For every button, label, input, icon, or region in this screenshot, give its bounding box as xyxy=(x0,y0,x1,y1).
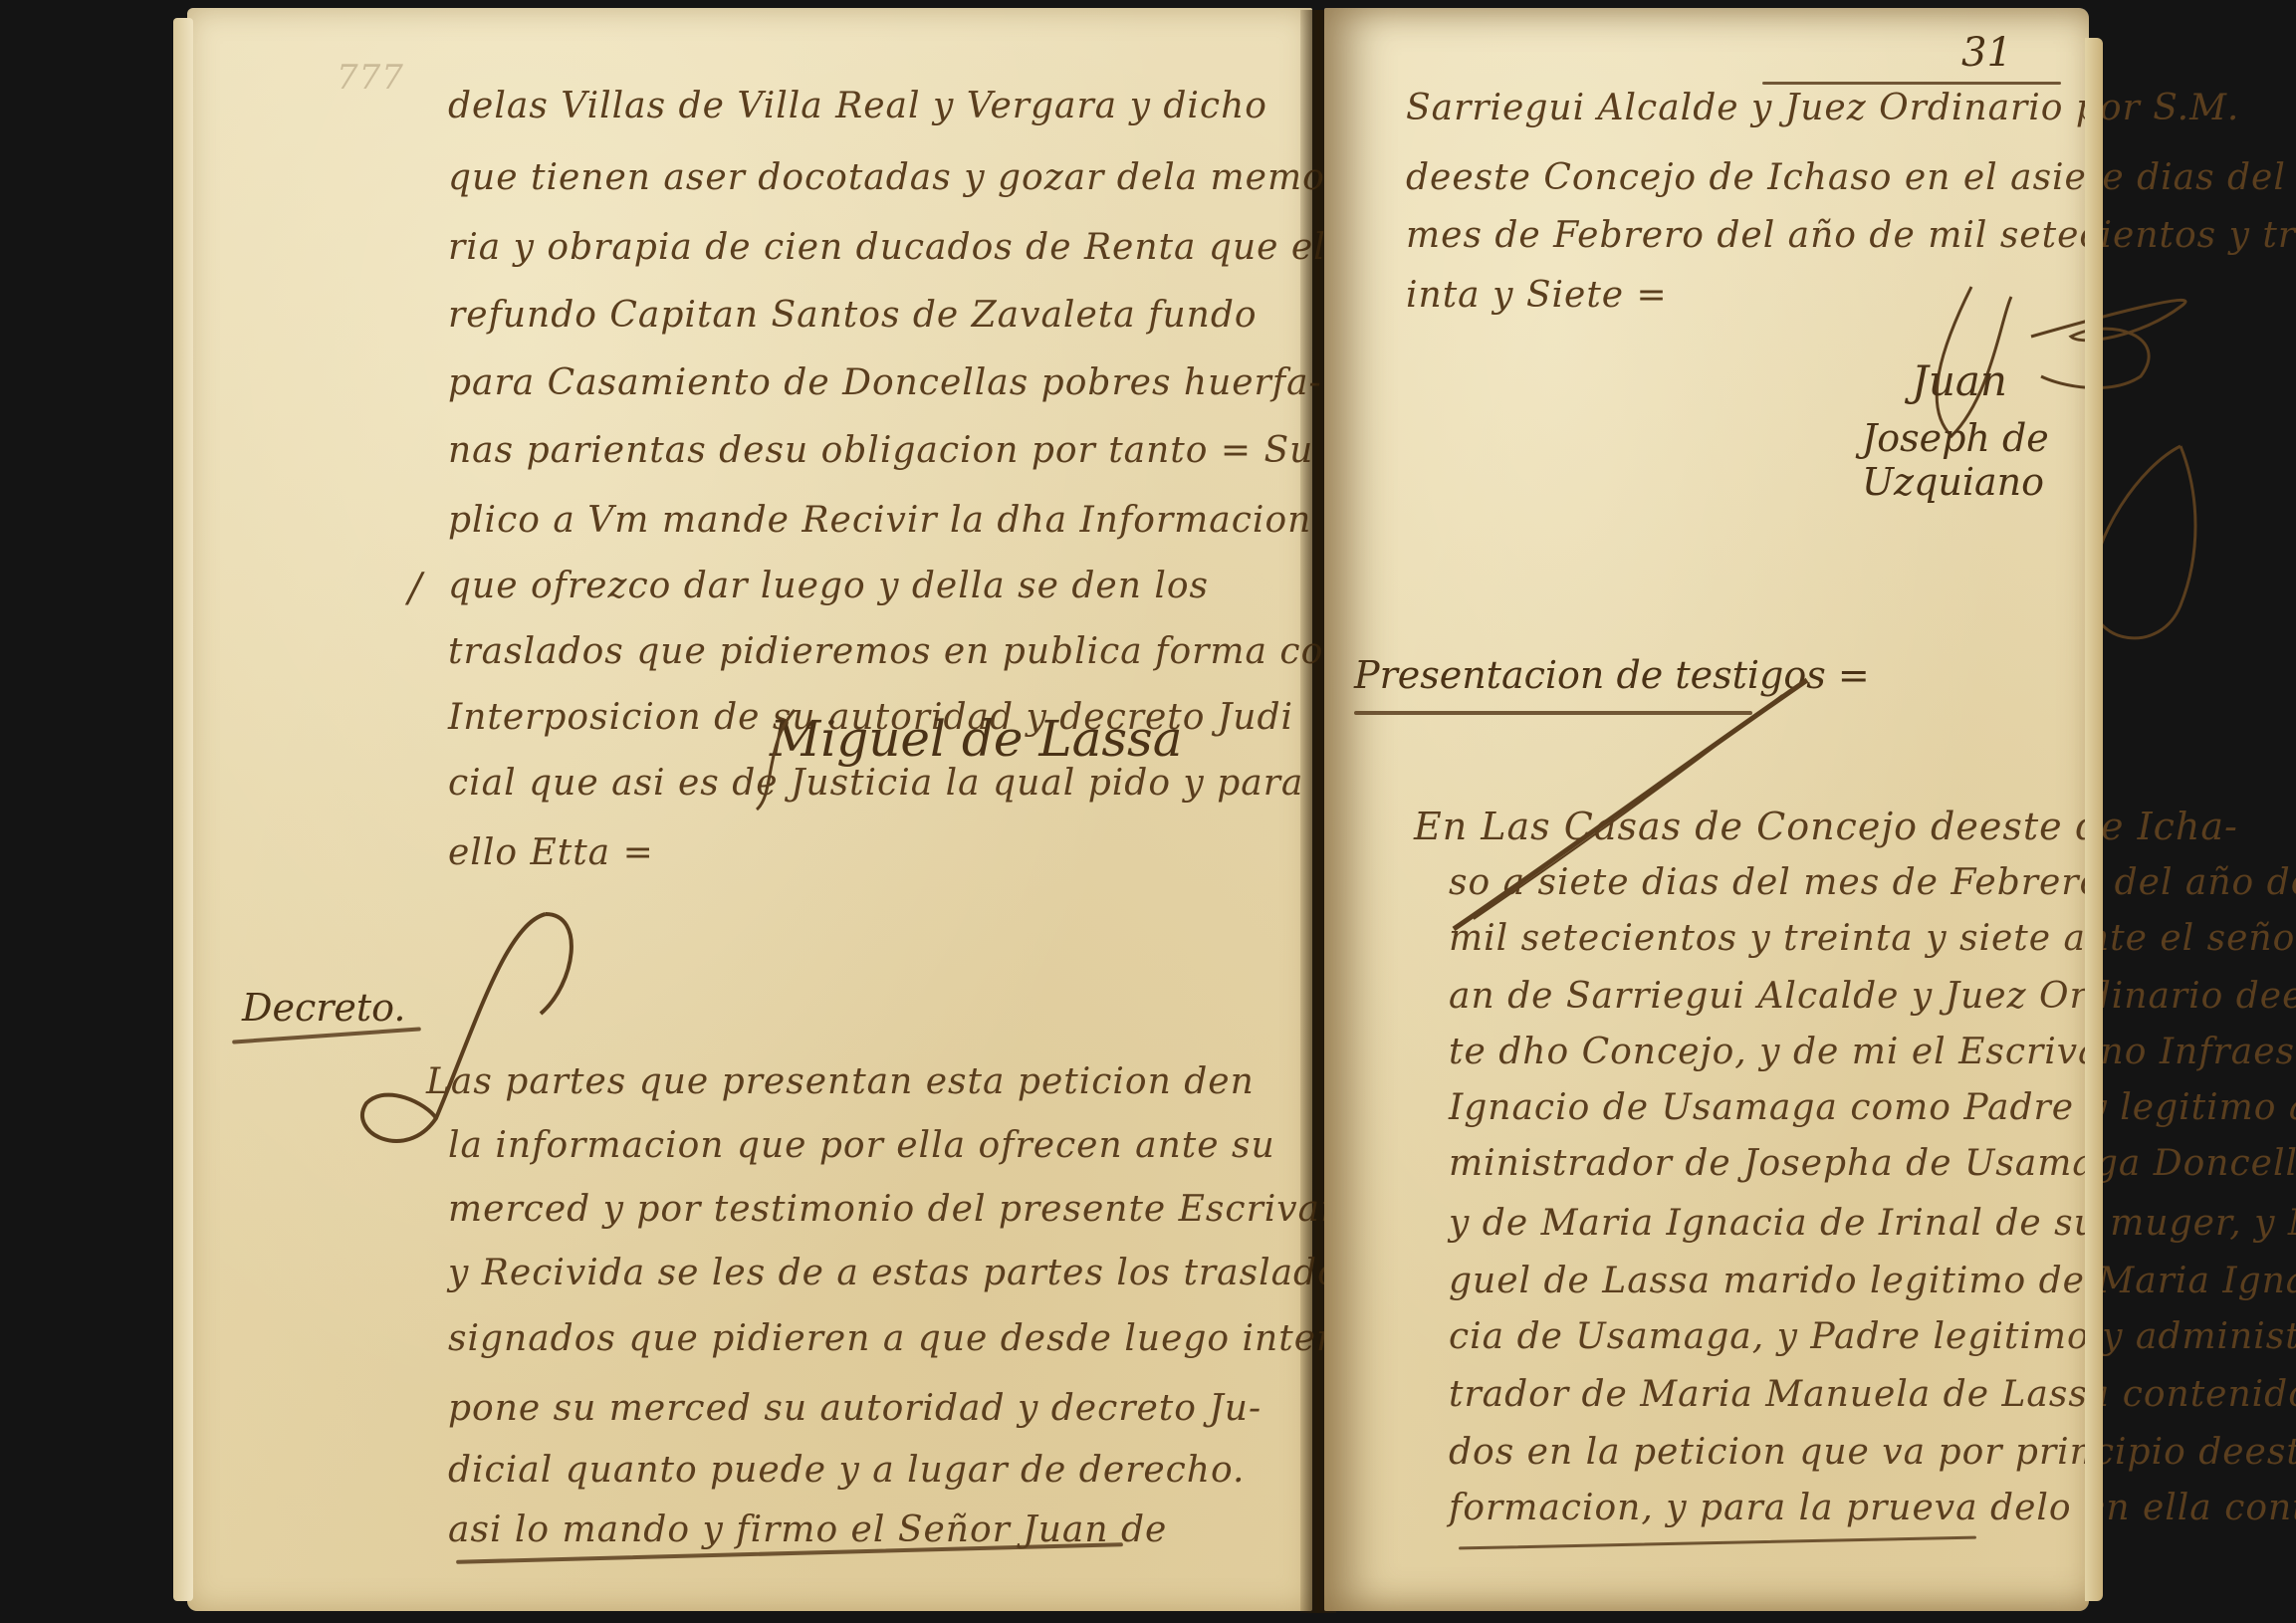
text-line: Las partes que presentan esta peticion d… xyxy=(426,1061,1255,1102)
right-page: 31 Sarriegui Alcalde y Juez Ordinario po… xyxy=(1324,8,2089,1611)
text-line: ria y obrapia de cien ducados de Renta q… xyxy=(448,227,1326,268)
text-line: delas Villas de Villa Real y Vergara y d… xyxy=(448,86,1267,126)
text-line: mes de Febrero del año de mil seteciento… xyxy=(1406,215,2296,256)
text-line: y de Maria Ignacia de Irinal de su muger… xyxy=(1449,1203,2296,1244)
text-line: Sarriegui Alcalde y Juez Ordinario por S… xyxy=(1406,88,2239,128)
text-line: la informacion que por ella ofrecen ante… xyxy=(448,1125,1275,1166)
text-line: para Casamiento de Doncellas pobres huer… xyxy=(448,362,1322,403)
bleed-through-mark: 777 xyxy=(337,58,404,98)
text-line: pone su merced su autoridad y decreto Ju… xyxy=(448,1388,1262,1429)
text-line: formacion, y para la prueva delo en ella… xyxy=(1449,1488,2296,1528)
text-line: dicial quanto puede y a lugar de derecho… xyxy=(448,1450,1245,1491)
margin-mark: / xyxy=(408,566,422,611)
closing-rule xyxy=(1459,1536,1976,1550)
text-line: mil setecientos y treinta y siete ante e… xyxy=(1449,918,2296,959)
text-line: En Las Casas de Concejo deeste de Icha- xyxy=(1414,805,2238,848)
text-line: an de Sarriegui Alcalde y Juez Ordinario… xyxy=(1449,976,2296,1017)
text-line: que tienen aser docotadas y gozar dela m… xyxy=(448,157,1325,198)
text-line: merced y por testimonio del presente Esc… xyxy=(448,1189,1367,1230)
text-line: guel de Lassa marido legitimo de Maria I… xyxy=(1449,1261,2296,1301)
text-line: ello Etta = xyxy=(448,832,654,873)
text-line: signados que pidieren a que desde luego … xyxy=(448,1318,1347,1359)
text-line: nas parientas desu obligacion por tanto … xyxy=(448,430,1313,471)
text-line: plico a Vm mande Recivir la dha Informac… xyxy=(448,500,1311,541)
folio-number: 31 xyxy=(1961,30,2012,76)
text-line: dos en la peticion que va por principio … xyxy=(1449,1432,2296,1473)
signature-joseph-de-uzquiano: Joseph de Uzquiano xyxy=(1862,416,2089,504)
text-line: so a siete dias del mes de Febrero del a… xyxy=(1449,862,2296,903)
text-line: te dho Concejo, y de mi el Escrivano Inf… xyxy=(1449,1032,2296,1072)
folio-underline xyxy=(1762,82,2061,85)
open-book: 777 delas Villas de Villa Real y Vergara… xyxy=(169,0,2121,1623)
text-line: que ofrezco dar luego y della se den los xyxy=(448,566,1209,606)
left-page: 777 delas Villas de Villa Real y Vergara… xyxy=(187,8,1312,1611)
initial-letter-flourish xyxy=(327,904,605,1143)
text-line: Ignacio de Usamaga como Padre y legitimo… xyxy=(1449,1087,2296,1128)
text-line: ministrador de Josepha de Usamaga Doncel… xyxy=(1449,1143,2296,1184)
text-line: cial que asi es de Justicia la qual pido… xyxy=(448,763,1303,804)
signature-flourish xyxy=(755,705,834,814)
text-line: refundo Capitan Santos de Zavaleta fundo xyxy=(448,295,1258,336)
text-line: y Recivida se les de a estas partes los … xyxy=(448,1253,1359,1293)
text-line: inta y Siete = xyxy=(1406,275,1668,316)
text-line: deeste Concejo de Ichaso en el asiete di… xyxy=(1406,157,2296,198)
signature-juan: Juan xyxy=(1912,356,2007,405)
text-line: trador de Maria Manuela de Lassa conteni… xyxy=(1449,1374,2296,1415)
text-line: cia de Usamaga, y Padre legitimo y admin… xyxy=(1449,1316,2296,1357)
text-line: traslados que pidieremos en publica form… xyxy=(448,631,1347,672)
